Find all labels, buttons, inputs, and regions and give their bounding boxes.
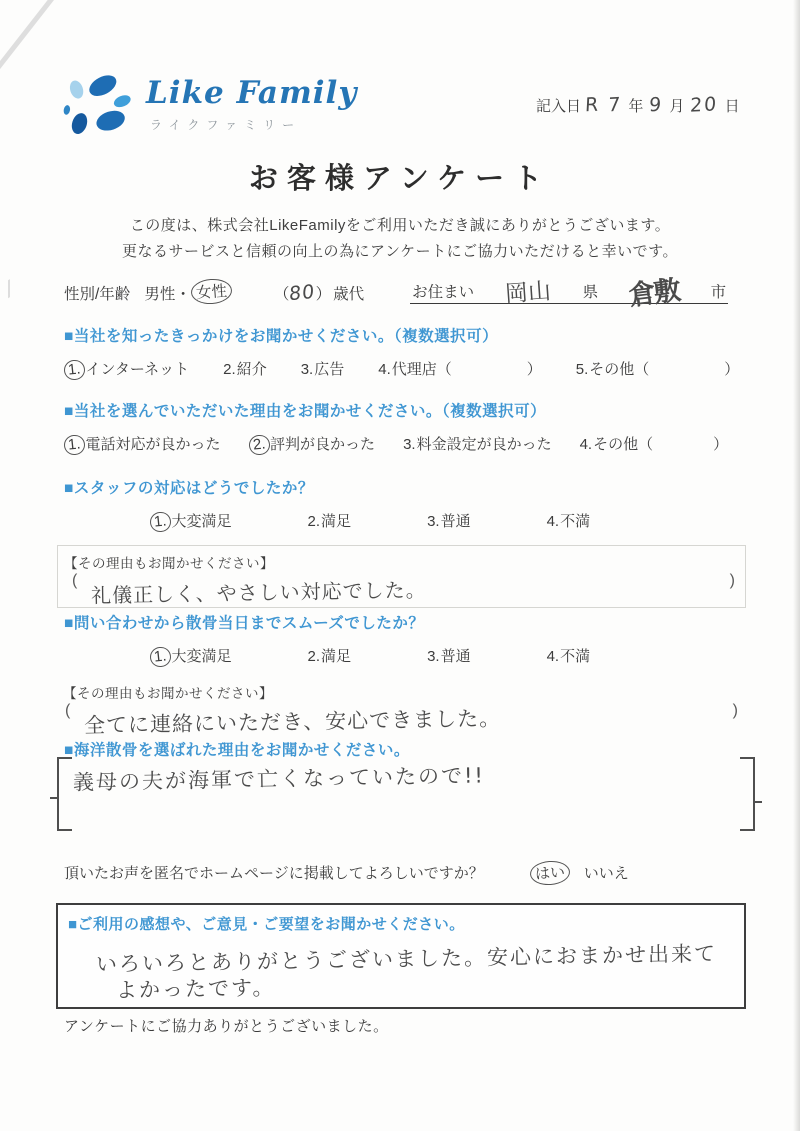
- q2-option-reputation: 2.評判が良かった: [249, 433, 376, 455]
- q4-option-very-satisfied: 1.大変満足: [150, 645, 232, 667]
- q1-heading: ■当社を知ったきっかけをお聞かせください。（複数選択可）: [64, 324, 498, 346]
- date-day-unit: 日: [725, 98, 740, 115]
- q4-option-2-label: 満足: [321, 648, 351, 665]
- q1-option-internet: 1.インターネット: [64, 358, 189, 380]
- q3-option-3-label: 普通: [441, 513, 471, 530]
- q4-option-1-label: 大変満足: [172, 648, 232, 665]
- q5-answer-value: 義母の夫が海軍で亡くなっていたので!!: [73, 759, 485, 796]
- q2-option-other: 4.その他（ ）: [580, 433, 729, 454]
- date-field: 記入日R7年9月20日: [536, 94, 742, 116]
- age-unit: 歳代: [333, 282, 364, 304]
- q1-option-1-label: インターネット: [86, 361, 190, 378]
- q2-option-3-label: 料金設定が良かった: [417, 436, 552, 453]
- q5-answer-area: 義母の夫が海軍で亡くなっていたので!!: [57, 757, 707, 831]
- q3-option-2-label: 満足: [321, 513, 351, 530]
- q2-option-1-label: 電話対応が良かった: [86, 436, 221, 453]
- q3-option-dissatisfied: 4.不満: [547, 510, 591, 531]
- q1-option-other: 5.その他（ ）: [576, 358, 740, 379]
- gender-female: 女性: [190, 278, 233, 306]
- closing-text: アンケートにご協力ありがとうございました。: [64, 1015, 389, 1036]
- age-paren-open: （: [274, 282, 290, 304]
- q4-option-4-number: 4.: [547, 648, 560, 665]
- scan-artifact-streak: [0, 0, 69, 83]
- city-value: 倉敷: [629, 283, 681, 305]
- q3-option-1-number: 1.: [149, 511, 171, 533]
- q4-options: 1.大変満足 2.満足 3.普通 4.不満: [150, 645, 590, 667]
- q1-option-4-label: 代理店（ ）: [392, 361, 542, 378]
- q1-option-5-number: 5.: [576, 361, 589, 378]
- q4-reason-paren-open: (: [65, 702, 70, 720]
- logo-kana: ライクファミリー: [146, 116, 357, 133]
- page-title: お客様アンケート: [0, 156, 800, 197]
- q1-option-referral: 2.紹介: [223, 358, 267, 379]
- date-label: 記入日: [536, 98, 581, 115]
- gender-male: 男性: [144, 282, 175, 304]
- q1-option-2-label: 紹介: [237, 361, 267, 378]
- publish-question-row: 頂いたお声を匿名でホームページに掲載してよろしいですか？ はい いいえ: [64, 861, 629, 885]
- q3-option-very-satisfied: 1.大変満足: [150, 510, 232, 532]
- q3-heading: ■スタッフの対応はどうでしたか？: [64, 476, 314, 498]
- q2-option-2-number: 2.: [248, 434, 270, 456]
- feedback-box: ■ご利用の感想や、ご意見・ご要望をお聞かせください。 いろいろとありがとうござい…: [56, 903, 746, 1009]
- publish-question: 頂いたお声を匿名でホームページに掲載してよろしいですか？: [64, 862, 484, 883]
- q2-heading: ■当社を選んでいただいた理由をお聞かせください。（複数選択可）: [64, 399, 546, 421]
- logo-text: Like Family ライクファミリー: [146, 74, 357, 133]
- q1-options: 1.インターネット 2.紹介 3.広告 4.代理店（ ） 5.その他（ ）: [64, 358, 739, 380]
- q3-option-4-label: 不満: [560, 513, 590, 530]
- q3-option-4-number: 4.: [547, 513, 560, 530]
- intro-line-2: 更なるサービスと信頼の向上の為にアンケートにご協力いただけると幸いです。: [0, 239, 800, 265]
- scan-artifact-marks: [0, 279, 10, 303]
- q1-option-2-number: 2.: [223, 361, 236, 378]
- q2-option-1-number: 1.: [63, 434, 85, 456]
- q3-reason-line: ( 礼儀正しく、やさしい対応でした。 ): [64, 572, 743, 603]
- intro-line-1: この度は、株式会社LikeFamilyをご利用いただき誠にありがとうございます。: [0, 213, 800, 239]
- q1-option-5-label: その他（ ）: [589, 361, 739, 378]
- q3-reason-value: 礼儀正しく、やさしい対応でした。: [91, 568, 730, 608]
- date-year-unit: 年: [628, 98, 643, 115]
- q1-option-3-number: 3.: [301, 361, 314, 378]
- q4-heading: ■問い合わせから散骨当日までスムーズでしたか？: [64, 611, 424, 633]
- q2-option-phone: 1.電話対応が良かった: [64, 433, 221, 455]
- residence-label: お住まい: [412, 280, 474, 302]
- q4-option-3-number: 3.: [427, 648, 440, 665]
- date-month-value: 9: [649, 94, 664, 117]
- publish-no: いいえ: [584, 862, 629, 883]
- logo-title: Like Family: [146, 74, 357, 112]
- date-day-value: 20: [690, 93, 719, 117]
- q3-option-2-number: 2.: [308, 513, 321, 530]
- logo-leaves-icon: [60, 74, 134, 144]
- q3-option-3-number: 3.: [427, 513, 440, 530]
- city-unit: 市: [711, 280, 727, 302]
- q2-options: 1.電話対応が良かった 2.評判が良かった 3.料金設定が良かった 4.その他（…: [64, 433, 728, 455]
- q2-option-4-label: その他（ ）: [593, 436, 728, 453]
- q3-reason-box: 【その理由もお聞かせください】 ( 礼儀正しく、やさしい対応でした。 ): [57, 545, 746, 608]
- q3-option-1-label: 大変満足: [172, 513, 232, 530]
- q3-reason-paren-close: ): [730, 572, 735, 590]
- residence-field: お住まい 岡山 県 倉敷 市: [410, 280, 728, 304]
- age-value: 80: [289, 281, 316, 305]
- q4-reason-line: ( 全てに連絡にいただき、安心できました。 ): [57, 702, 746, 734]
- left-bracket: [57, 757, 72, 831]
- q2-option-2-label: 評判が良かった: [270, 436, 375, 453]
- q2-option-4-number: 4.: [580, 436, 593, 453]
- q1-option-3-label: 広告: [314, 361, 344, 378]
- q2-option-price: 3.料金設定が良かった: [403, 433, 552, 454]
- q4-option-4-label: 不満: [560, 648, 590, 665]
- feedback-heading: ■ご利用の感想や、ご意見・ご要望をお聞かせください。: [58, 905, 744, 934]
- survey-scan-page: Like Family ライクファミリー 記入日R7年9月20日 お客様アンケー…: [0, 0, 800, 1131]
- age-paren-close: ）: [316, 282, 332, 304]
- q1-option-4-number: 4.: [378, 361, 391, 378]
- q4-option-2-number: 2.: [308, 648, 321, 665]
- date-era-value: R: [584, 94, 600, 117]
- q4-reason-paren-close: ): [733, 702, 738, 720]
- logo: Like Family ライクファミリー: [60, 74, 357, 144]
- q4-reason-value: 全てに連絡にいただき、安心できました。: [84, 698, 733, 739]
- q3-reason-paren-open: (: [72, 572, 77, 590]
- q3-option-satisfied: 2.満足: [308, 510, 352, 531]
- q3-options: 1.大変満足 2.満足 3.普通 4.不満: [150, 510, 590, 532]
- q1-option-1-number: 1.: [63, 359, 85, 381]
- right-bracket: [740, 757, 755, 831]
- q4-option-1-number: 1.: [149, 646, 171, 668]
- feedback-line-2: よかったです。: [116, 972, 276, 1005]
- gender-separator: ・: [175, 282, 191, 304]
- q1-option-agency: 4.代理店（ ）: [378, 358, 542, 379]
- publish-yes: はい: [529, 860, 571, 887]
- date-month-unit: 月: [669, 98, 684, 115]
- profile-label: 性別/年齢: [64, 282, 130, 304]
- q4-option-dissatisfied: 4.不満: [547, 645, 591, 666]
- q4-reason: 【その理由もお聞かせください】 ( 全てに連絡にいただき、安心できました。 ): [57, 682, 746, 734]
- q4-option-satisfied: 2.満足: [308, 645, 352, 666]
- q3-option-neutral: 3.普通: [427, 510, 471, 531]
- prefecture-unit: 県: [583, 280, 599, 302]
- profile-row: 性別/年齢 男性 ・ 女性 （ 80 ） 歳代 お住まい 岡山 県 倉敷 市: [64, 279, 740, 304]
- intro-text: この度は、株式会社LikeFamilyをご利用いただき誠にありがとうございます。…: [0, 213, 800, 265]
- q1-option-ad: 3.広告: [301, 358, 345, 379]
- q4-option-3-label: 普通: [441, 648, 471, 665]
- prefecture-value: 岡山: [505, 282, 552, 303]
- q4-option-neutral: 3.普通: [427, 645, 471, 666]
- date-year-value: 7: [608, 94, 623, 117]
- q2-option-3-number: 3.: [403, 436, 416, 453]
